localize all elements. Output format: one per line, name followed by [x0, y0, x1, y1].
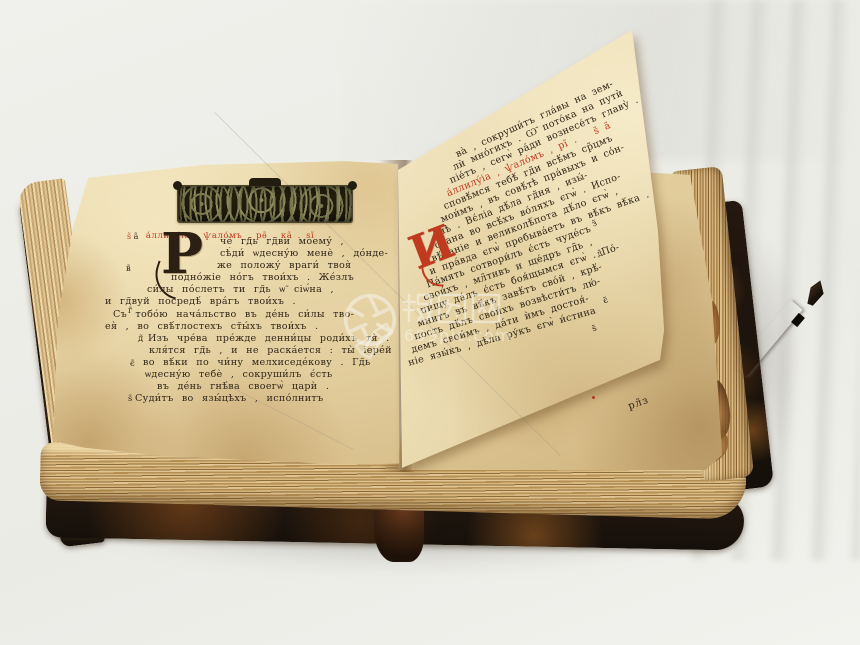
left-page: ѕ̃ а̃ а́ллилу́іа . ѱало́мъ , рѳ̃ . ка̃ .… — [45, 158, 405, 473]
text-line: кля́тся гд̃ь , и не раска́ется : ты̀ іер… — [149, 345, 401, 357]
text-line: ея̀ , во свѣ́тлостехъ ст̃ы́хъ твои́хъ . — [105, 321, 401, 333]
text-line: Суди́тъ во язы́цѣхъ , испо́лнитъ — [135, 393, 401, 405]
verse-number-margin: г̃ — [128, 305, 132, 315]
photo-antique-open-book: рл̃з ѕ̃ а̃ а́ллилу́іа . ѱало́мъ , рѳ̃ . … — [0, 0, 860, 645]
turning-page-paper: ва̀ , сокруши́тъ гла́вы на зем- лѝ мно́г… — [388, 24, 700, 476]
clasp-tip — [801, 279, 829, 308]
verse-number-margin: з̃ — [590, 218, 598, 229]
verse-number-margin: є̃ — [130, 358, 135, 368]
text-line: подно́жіе но́гъ твои́хъ . Же́злъ — [171, 272, 401, 284]
text-line: сѣди́ ѡдесну́ю менѐ , до́нде- — [220, 248, 401, 260]
text-line: и гд̃вуй посредѣ́ вра́гъ твои́хъ . — [105, 296, 401, 308]
clasp-strap — [734, 299, 803, 377]
text-line: си́лы по́слетъ ти гд̃ь ѡ̃ сіѡ́на , — [147, 284, 401, 296]
text-line: Изъ чре́ва пре́жде денни́цы роди́хъ тя̀ … — [148, 333, 401, 345]
verse-number-margin: д̃ — [138, 333, 143, 343]
headpiece-finial — [173, 181, 182, 190]
woodcut-headpiece-ornament — [177, 185, 353, 223]
verse-number-margin: ѕ̃ — [590, 323, 598, 334]
turning-page: ва̀ , сокруши́тъ гла́вы на зем- лѝ мно́г… — [388, 24, 700, 476]
text-line: Съ тобо́ю нача́льство въ де́нь си́лы тво… — [113, 309, 401, 321]
verse-number-margin: в̃ — [126, 263, 131, 273]
psalm-text-block: чѐ гд̃ь гд̃ви моему́ , сѣди́ ѡдесну́ю ме… — [105, 236, 401, 405]
headpiece-crown — [249, 178, 281, 186]
metal-clasp — [736, 268, 846, 403]
text-line: ѡдесну́ю тебѐ , сокруши́лъ є́сть — [145, 369, 401, 381]
verse-number-margin: є̃ — [601, 295, 609, 306]
verse-number-margin: ѕ̃ — [128, 393, 132, 403]
text-line: во вѣ́ки по чи́ну мелхиседе́кову . Гд̃ь — [143, 357, 401, 369]
text-line: чѐ гд̃ь гд̃ви моему́ , — [220, 236, 401, 248]
headpiece-finial — [348, 181, 357, 190]
text-line: въ де́нь гнѣ́ва своегѡ̀ царѝ . — [157, 381, 401, 393]
